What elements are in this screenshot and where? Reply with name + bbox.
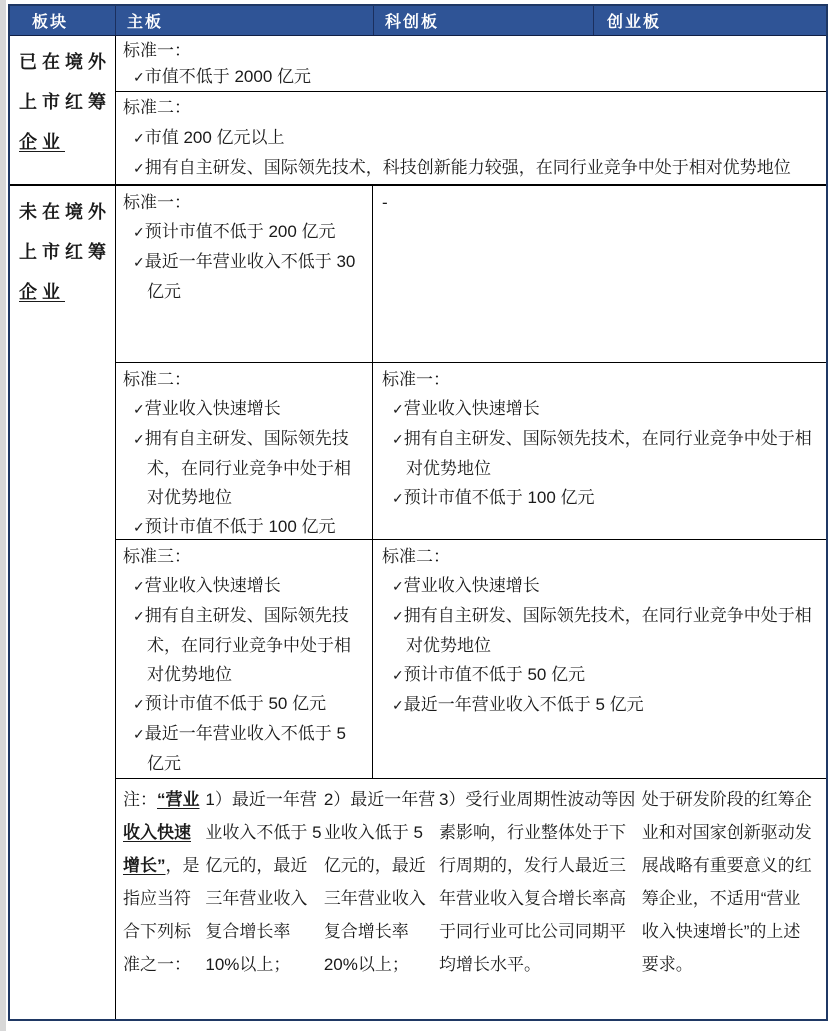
column-header-board-type: 板块 (10, 6, 116, 35)
empty-dash: - (382, 188, 816, 217)
cell-main-board-standard-2: 标准二： ✓营业收入快速增长 ✓拥有自主研发、国际领先技术，在同行业竞争中处于相… (116, 363, 373, 539)
criterion-item: ✓预计市值不低于 50 亿元 (123, 689, 366, 719)
row-unlisted-content: 标准一： ✓预计市值不低于 200 亿元 ✓最近一年营业收入不低于 30 亿元 … (116, 186, 826, 1019)
row-label-line: 上市红筹 (19, 232, 115, 272)
criterion-text: 最近一年营业收入不低于 30 亿元 (145, 252, 356, 301)
row-listed-content: 标准一： ✓市值不低于 2000 亿元 标准二： ✓市值 200 亿元以上 ✓拥… (116, 36, 826, 184)
criterion-text: 营业收入快速增长 (145, 399, 281, 418)
cell-main-board-standard-3: 标准三： ✓营业收入快速增长 ✓拥有自主研发、国际领先技术，在同行业竞争中处于相… (116, 540, 373, 778)
row-listed-overseas: 已在境外 上市红筹 企业 标准一： ✓市值不低于 2000 亿元 标准二： ✓市… (10, 36, 826, 186)
column-header-star-market: 科创板 (374, 6, 594, 35)
criterion-text: 营业收入快速增长 (404, 399, 540, 418)
footnote-line: 3）受行业周期性波动等因素影响，行业整体处于下行周期的，发行人最近三年营业收入复… (439, 783, 642, 1019)
cell-footnote: 注：“营业收入快速增长”，是指应当符合下列标准之一： 1）最近一年营业收入不低于… (116, 779, 826, 1019)
standard-title: 标准二： (123, 93, 820, 123)
cell-listed-standard-1: 标准一： ✓市值不低于 2000 亿元 (116, 36, 826, 92)
scan-edge-strip (0, 0, 6, 1031)
standard-title: 标准一： (382, 365, 816, 394)
subrow-standard-3: 标准三： ✓营业收入快速增长 ✓拥有自主研发、国际领先技术，在同行业竞争中处于相… (116, 540, 826, 779)
row-label-line: 未在境外 (19, 192, 115, 232)
criterion-text: 预计市值不低于 50 亿元 (145, 694, 326, 713)
criterion-item: ✓营业收入快速增长 (123, 571, 366, 601)
criterion-item: ✓最近一年营业收入不低于 5 亿元 (382, 690, 816, 720)
column-header-chinext: 创业板 (594, 6, 826, 35)
criterion-text: 预计市值不低于 100 亿元 (404, 488, 595, 507)
criterion-item: ✓预计市值不低于 100 亿元 (382, 483, 816, 513)
cell-star-market-standard-none: - (373, 186, 826, 362)
check-icon: ✓ (133, 69, 145, 85)
footnote-line: 处于研发阶段的红筹企业和对国家创新驱动发展战略有重要意义的红筹企业，不适用“营业… (642, 783, 812, 1019)
check-icon: ✓ (133, 160, 145, 176)
check-icon: ✓ (133, 578, 145, 594)
criterion-text: 预计市值不低于 50 亿元 (404, 665, 585, 684)
criterion-text: 营业收入快速增长 (145, 576, 281, 595)
criterion-item: ✓拥有自主研发、国际领先技术，在同行业竞争中处于相对优势地位 (382, 424, 816, 483)
check-icon: ✓ (133, 519, 145, 535)
criterion-text: 市值 200 亿元以上 (145, 128, 285, 147)
standard-title: 标准一： (123, 38, 820, 64)
standard-title: 标准一： (123, 188, 366, 217)
check-icon: ✓ (133, 254, 145, 270)
criterion-item: ✓营业收入快速增长 (382, 571, 816, 601)
criterion-item: ✓预计市值不低于 100 亿元 (123, 512, 366, 542)
check-icon: ✓ (392, 578, 404, 594)
check-icon: ✓ (133, 224, 145, 240)
cell-listed-standard-2: 标准二： ✓市值 200 亿元以上 ✓拥有自主研发、国际领先技术，科技创新能力较… (116, 92, 826, 184)
criterion-text: 拥有自主研发、国际领先技术，科技创新能力较强，在同行业竞争中处于相对优势地位 (145, 158, 791, 177)
subrow-standard-1: 标准一： ✓预计市值不低于 200 亿元 ✓最近一年营业收入不低于 30 亿元 … (116, 186, 826, 363)
column-header-main-board: 主板 (116, 6, 374, 35)
check-icon: ✓ (133, 726, 145, 742)
criterion-text: 最近一年营业收入不低于 5 亿元 (404, 695, 644, 714)
standard-title: 标准三： (123, 542, 366, 571)
criterion-item: ✓预计市值不低于 50 亿元 (382, 660, 816, 690)
cell-star-market-standard-1: 标准一： ✓营业收入快速增长 ✓拥有自主研发、国际领先技术，在同行业竞争中处于相… (373, 363, 826, 539)
check-icon: ✓ (392, 490, 404, 506)
criterion-item: ✓市值 200 亿元以上 (123, 123, 820, 153)
criterion-text: 预计市值不低于 100 亿元 (145, 517, 336, 536)
criterion-text: 最近一年营业收入不低于 5 亿元 (145, 724, 346, 773)
check-icon: ✓ (133, 130, 145, 146)
check-icon: ✓ (133, 696, 145, 712)
footnote-line: 2）最近一年营业收入低于 5 亿元的，最近三年营业收入复合增长率 20%以上； (324, 783, 439, 1019)
criterion-text: 市值不低于 2000 亿元 (145, 67, 311, 86)
criterion-item: ✓最近一年营业收入不低于 5 亿元 (123, 719, 366, 778)
cell-main-board-standard-1: 标准一： ✓预计市值不低于 200 亿元 ✓最近一年营业收入不低于 30 亿元 (116, 186, 373, 362)
criterion-item: ✓拥有自主研发、国际领先技术，在同行业竞争中处于相对优势地位 (123, 601, 366, 689)
criterion-item: ✓营业收入快速增长 (123, 394, 366, 424)
red-chip-listing-standards-table: 板块 主板 科创板 创业板 已在境外 上市红筹 企业 标准一： ✓市值不低于 2… (8, 4, 828, 1021)
criterion-item: ✓最近一年营业收入不低于 30 亿元 (123, 247, 366, 306)
criterion-text: 预计市值不低于 200 亿元 (145, 222, 336, 241)
check-icon: ✓ (392, 401, 404, 417)
criterion-item: ✓拥有自主研发、国际领先技术，科技创新能力较强，在同行业竞争中处于相对优势地位 (123, 153, 820, 183)
check-icon: ✓ (392, 608, 404, 624)
row-label-line: 上市红筹 (19, 82, 115, 122)
subrow-standard-2: 标准二： ✓营业收入快速增长 ✓拥有自主研发、国际领先技术，在同行业竞争中处于相… (116, 363, 826, 540)
check-icon: ✓ (133, 608, 145, 624)
criterion-item: ✓拥有自主研发、国际领先技术，在同行业竞争中处于相对优势地位 (382, 601, 816, 660)
row-label-line: 已在境外 (19, 42, 115, 82)
check-icon: ✓ (392, 431, 404, 447)
row-label-line: 企业 (19, 122, 115, 162)
row-unlisted-overseas: 未在境外 上市红筹 企业 标准一： ✓预计市值不低于 200 亿元 ✓最近一年营… (10, 186, 826, 1019)
criterion-text: 拥有自主研发、国际领先技术，在同行业竞争中处于相对优势地位 (404, 606, 812, 655)
cell-star-market-standard-2: 标准二： ✓营业收入快速增长 ✓拥有自主研发、国际领先技术，在同行业竞争中处于相… (373, 540, 826, 778)
criterion-text: 营业收入快速增长 (404, 576, 540, 595)
criterion-item: ✓预计市值不低于 200 亿元 (123, 217, 366, 247)
row-label-line: 企业 (19, 272, 115, 312)
row-label-unlisted-overseas: 未在境外 上市红筹 企业 (10, 186, 116, 1019)
check-icon: ✓ (133, 401, 145, 417)
standard-title: 标准二： (123, 365, 366, 394)
criterion-item: ✓市值不低于 2000 亿元 (123, 64, 820, 90)
criterion-text: 拥有自主研发、国际领先技术，在同行业竞争中处于相对优势地位 (145, 429, 351, 507)
footnote-line: 1）最近一年营业收入不低于 5 亿元的，最近三年营业收入复合增长率 10%以上； (205, 783, 323, 1019)
criterion-text: 拥有自主研发、国际领先技术，在同行业竞争中处于相对优势地位 (145, 606, 351, 684)
page: 板块 主板 科创板 创业板 已在境外 上市红筹 企业 标准一： ✓市值不低于 2… (0, 0, 832, 1031)
criterion-text: 拥有自主研发、国际领先技术，在同行业竞争中处于相对优势地位 (404, 429, 812, 478)
footnote-definition-line: 注：“营业收入快速增长”，是指应当符合下列标准之一： (123, 783, 205, 1019)
table-header-row: 板块 主板 科创板 创业板 (10, 6, 826, 36)
row-label-listed-overseas: 已在境外 上市红筹 企业 (10, 36, 116, 184)
criterion-item: ✓拥有自主研发、国际领先技术，在同行业竞争中处于相对优势地位 (123, 424, 366, 512)
standard-title: 标准二： (382, 542, 816, 571)
criterion-item: ✓营业收入快速增长 (382, 394, 816, 424)
footnote-prefix: 注： (123, 790, 157, 809)
check-icon: ✓ (392, 667, 404, 683)
check-icon: ✓ (133, 431, 145, 447)
check-icon: ✓ (392, 697, 404, 713)
